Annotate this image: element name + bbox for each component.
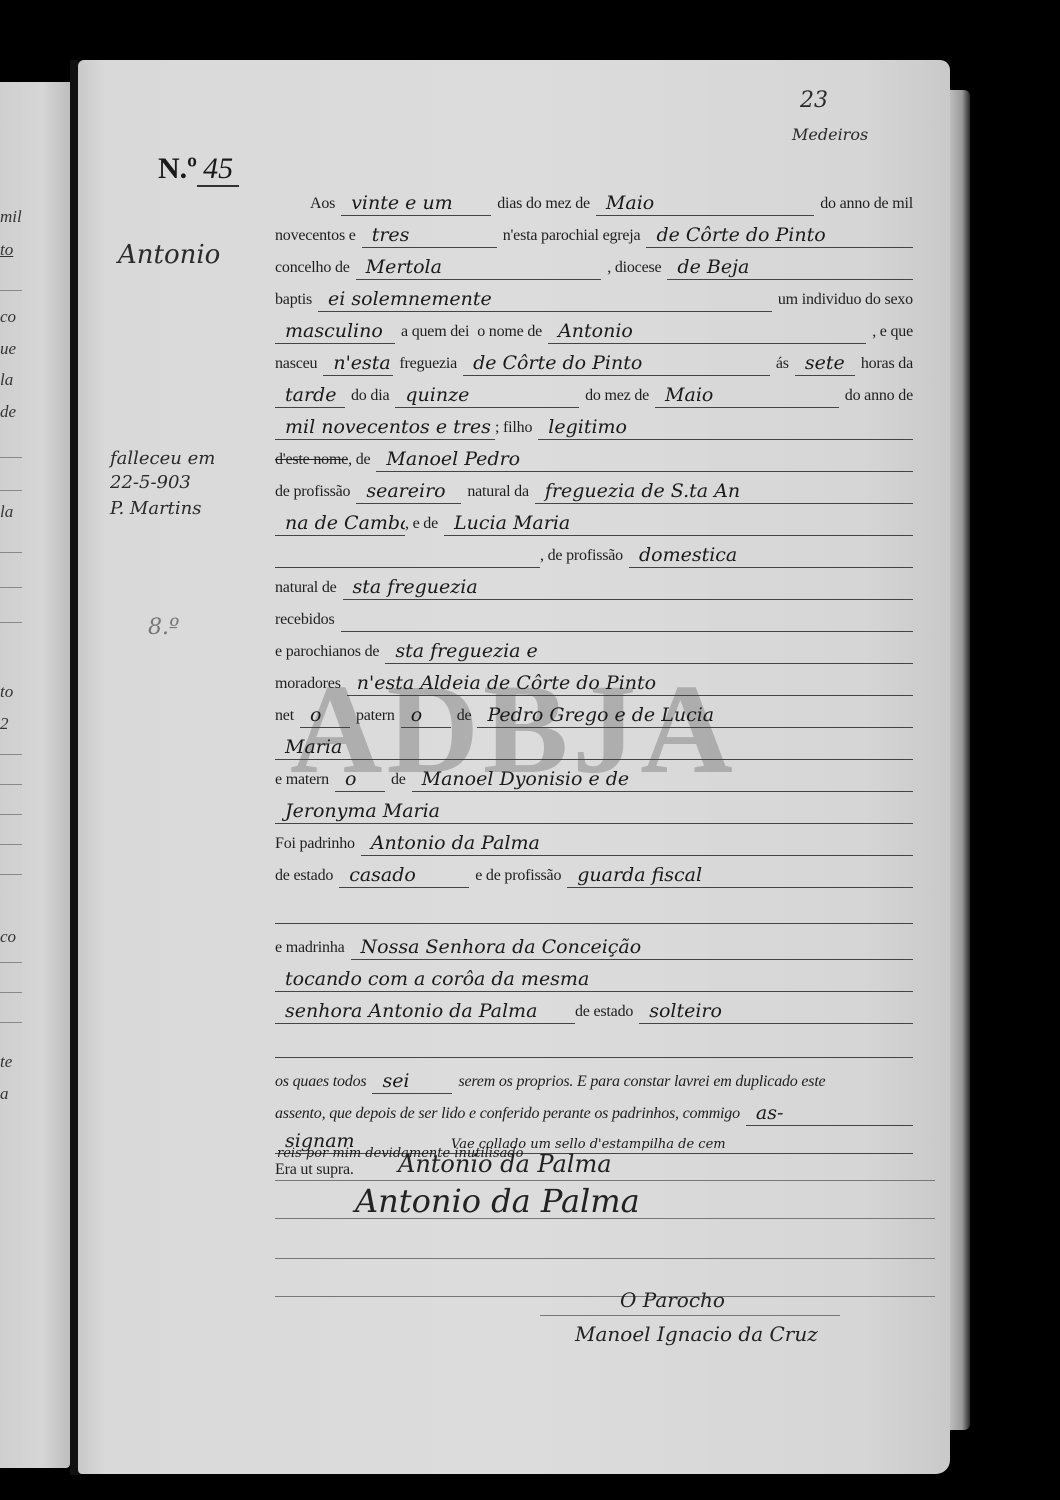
printed-text: moradores	[275, 675, 341, 696]
printed-text: e parochianos de	[275, 643, 379, 664]
record-line-25: tocando com a corôa da mesma	[275, 958, 913, 992]
left-page-fragment: ue	[0, 339, 16, 359]
left-page-fragment: te	[0, 1052, 12, 1072]
parishioners-field: sta freguezia e	[385, 640, 913, 664]
father-name-field: Manoel Pedro	[376, 448, 913, 472]
printed-text: do mez de	[585, 387, 649, 408]
birth-parish-field: de Côrte do Pinto	[463, 352, 770, 376]
printed-text: e madrinha	[275, 939, 345, 960]
signature-line	[275, 1258, 935, 1259]
record-line-14: recebidos	[275, 598, 913, 632]
godmother-proxy-field: senhora Antonio da Palma	[275, 1000, 575, 1024]
diocese-field: de Beja	[667, 256, 913, 280]
blank-field	[275, 922, 913, 924]
printed-text: concelho de	[275, 259, 350, 280]
record-line-11: na de Cambas , e de Lucia Maria	[275, 502, 913, 536]
record-line-22: de estado casado e de profissão guarda f…	[275, 854, 913, 888]
time-of-day-field: tarde	[275, 384, 345, 408]
church-field: de Côrte do Pinto	[646, 224, 913, 248]
godfather-status-field: casado	[339, 864, 469, 888]
left-page-rule	[0, 844, 22, 845]
struck-printed-text: d'este nome	[275, 451, 348, 472]
year-field: tres	[362, 224, 497, 248]
godparent-signature-2: Antonio da Palma	[355, 1182, 640, 1220]
mother-profession-field: domestica	[629, 544, 913, 568]
left-page-fragment: to	[0, 240, 13, 260]
printed-text: e de profissão	[475, 867, 561, 888]
record-line-1: Aos vinte e um dias do mez de Maio do an…	[310, 182, 913, 216]
record-line-20: Jeronyma Maria	[275, 790, 913, 824]
left-page-rule	[0, 962, 22, 963]
printed-text: freguezia	[399, 355, 457, 376]
printed-text: do anno de	[845, 387, 913, 408]
printed-text: natural da	[467, 483, 529, 504]
left-page-fragment: la	[0, 370, 13, 390]
legitimacy-field: legitimo	[538, 416, 913, 440]
printed-text: um individuo do sexo	[778, 291, 913, 312]
closing-formula: Era ut supra.	[275, 1161, 354, 1182]
priest-signature: Manoel Ignacio da Cruz	[575, 1322, 818, 1346]
record-line-9: d'este nome , de Manoel Pedro	[275, 438, 913, 472]
record-line-15: e parochianos de sta freguezia e	[275, 630, 913, 664]
page-stack-edge	[950, 90, 970, 1430]
paternal-grandparents-field: Pedro Grego e de Lucia	[477, 704, 913, 728]
record-number-label: N.º	[158, 152, 197, 185]
record-line-7: tarde do dia quinze do mez de Maio do an…	[275, 374, 913, 408]
birthplace-prefix-field: n'esta	[323, 352, 393, 376]
book-gutter	[70, 60, 78, 1475]
printed-text: a quem dei	[401, 323, 469, 344]
mother-origin-field: sta freguezia	[343, 576, 913, 600]
printed-text: , de profissão	[540, 547, 623, 568]
left-page-rule	[0, 587, 22, 588]
father-profession-field: seareiro	[356, 480, 461, 504]
printed-text: , de	[348, 451, 370, 472]
printed-text: o nome de	[477, 323, 542, 344]
death-note-signature: P. Martins	[110, 498, 202, 519]
given-name-field: Antonio	[548, 320, 866, 344]
printed-text: e matern	[275, 771, 329, 792]
birth-year-field: mil novecentos e tres	[275, 416, 495, 440]
record-number: N.º45	[158, 152, 239, 186]
record-line-26: senhora Antonio da Palma de estado solte…	[275, 990, 913, 1024]
margin-number-annotation: 8.º	[148, 615, 179, 640]
left-page-rule	[0, 490, 22, 491]
godfather-field: Antonio da Palma	[361, 832, 913, 856]
left-page-fragment: to	[0, 682, 13, 702]
printed-text: do anno de mil	[820, 195, 913, 216]
godfather-profession-field: guarda fiscal	[567, 864, 913, 888]
record-line-28: os quaes todos sei serem os proprios. E …	[275, 1060, 913, 1094]
printed-text: baptis	[275, 291, 312, 312]
death-note-date: 22-5-903	[110, 472, 191, 493]
signature-line	[275, 1296, 935, 1297]
record-line-3: concelho de Mertola , diocese de Beja	[275, 246, 913, 280]
sex-field: masculino	[275, 320, 395, 344]
printed-text: recebidos	[275, 611, 335, 632]
printed-text: Foi padrinho	[275, 835, 355, 856]
knowledge-field: sei	[372, 1070, 452, 1094]
printed-text: horas da	[861, 355, 913, 376]
paternal-grandparents-continued: Maria	[275, 736, 913, 760]
left-page-fragment: co	[0, 307, 16, 327]
printed-text: de profissão	[275, 483, 350, 504]
folio-signature: Medeiros	[792, 125, 868, 144]
baptism-manner-field: ei solemnemente	[318, 288, 772, 312]
record-line-16: moradores n'esta Aldeia de Côrte do Pint…	[275, 662, 913, 696]
left-page-rule	[0, 754, 22, 755]
left-page-rule	[0, 552, 22, 553]
record-line-17: net o patern o de Pedro Grego e de Lucia	[275, 694, 913, 728]
left-page-rule	[0, 622, 22, 623]
godmother-field: Nossa Senhora da Conceição	[351, 936, 913, 960]
left-page-fragment: a	[0, 1084, 9, 1104]
printed-text: do dia	[351, 387, 389, 408]
left-page-fragment: co	[0, 927, 16, 947]
printed-text: serem os proprios. E para constar lavrei…	[458, 1073, 825, 1094]
record-line-12: , de profissão domestica	[275, 534, 913, 568]
left-page-rule	[0, 1022, 22, 1023]
birth-day-field: quinze	[395, 384, 579, 408]
birth-hour-field: sete	[795, 352, 855, 376]
printed-text: , diocese	[607, 259, 661, 280]
left-page-rule	[0, 784, 22, 785]
left-page-fragment: mil	[0, 207, 22, 227]
record-line-24: e madrinha Nossa Senhora da Conceição	[275, 926, 913, 960]
record-line-6: nasceu n'esta freguezia de Côrte do Pint…	[275, 342, 913, 376]
proxy-status-field: solteiro	[639, 1000, 913, 1024]
blank-field	[275, 1056, 913, 1058]
suffix-field: o	[401, 704, 451, 728]
record-number-value: 45	[197, 152, 239, 187]
municipality-field: Mertola	[356, 256, 602, 280]
signature-line	[540, 1315, 840, 1316]
printed-text: dias do mez de	[497, 195, 590, 216]
printed-text: os quaes todos	[275, 1073, 366, 1094]
left-page-rule	[0, 992, 22, 993]
margin-child-name: Antonio	[118, 240, 220, 270]
left-page-fragment: 2	[0, 714, 9, 734]
record-line-2: novecentos e tres n'esta parochial egrej…	[275, 214, 913, 248]
month-field: Maio	[596, 192, 814, 216]
maternal-grandparents-continued: Jeronyma Maria	[275, 800, 913, 824]
record-line-19: e matern o de Manoel Dyonisio e de	[275, 758, 913, 792]
printed-text: de	[457, 707, 472, 728]
printed-text: n'esta parochial egreja	[503, 227, 641, 248]
signature-line	[275, 1180, 935, 1181]
printed-text: de estado	[575, 1003, 633, 1024]
father-origin-continued: na de Cambas	[275, 512, 405, 536]
residence-field: n'esta Aldeia de Côrte do Pinto	[347, 672, 913, 696]
record-line-10: de profissão seareiro natural da freguez…	[275, 470, 913, 504]
printed-text: de	[391, 771, 406, 792]
printed-text: ás	[776, 355, 789, 376]
printed-text: ; filho	[495, 419, 532, 440]
record-line-13: natural de sta freguezia	[275, 566, 913, 600]
left-page-rule	[0, 814, 22, 815]
record-line-21: Foi padrinho Antonio da Palma	[275, 822, 913, 856]
printed-text: Aos	[310, 195, 335, 216]
printed-text: , e de	[405, 515, 438, 536]
father-origin-field: freguezia de S.ta An	[535, 480, 913, 504]
record-line-5: masculino a quem dei o nome de Antonio ,…	[275, 310, 913, 344]
printed-text: , e que	[872, 323, 913, 344]
death-note-line1: falleceu em	[110, 448, 215, 469]
printed-text: novecentos e	[275, 227, 356, 248]
left-page-rule	[0, 874, 22, 875]
printed-text: patern	[356, 707, 395, 728]
printed-text: natural de	[275, 579, 337, 600]
left-page-rule	[0, 457, 22, 458]
record-line-18: Maria	[275, 726, 913, 760]
left-page-fragment: de	[0, 402, 16, 422]
record-line-4: baptis ei solemnemente um individuo do s…	[275, 278, 913, 312]
left-page-rule	[0, 290, 22, 291]
record-line-23	[275, 890, 913, 924]
suffix-field: o	[300, 704, 350, 728]
printed-text: net	[275, 707, 294, 728]
previous-page-strip: mil to co ue la de la to 2 co te a	[0, 82, 70, 1468]
maternal-grandparents-field: Manoel Dyonisio e de	[412, 768, 913, 792]
printed-text: de estado	[275, 867, 333, 888]
day-field: vinte e um	[341, 192, 491, 216]
godmother-continued: tocando com a corôa da mesma	[275, 968, 913, 992]
suffix-field: o	[335, 768, 385, 792]
birth-month-field: Maio	[655, 384, 839, 408]
left-page-fragment: la	[0, 502, 13, 522]
record-line-8: mil novecentos e tres ; filho legitimo	[275, 406, 913, 440]
mother-name-field: Lucia Maria	[444, 512, 913, 536]
printed-text: nasceu	[275, 355, 317, 376]
record-line-27	[275, 1024, 913, 1058]
folio-number: 23	[800, 88, 828, 113]
godparent-signature-1: Antonio da Palma	[398, 1150, 612, 1178]
priest-title: O Parocho	[620, 1288, 725, 1312]
